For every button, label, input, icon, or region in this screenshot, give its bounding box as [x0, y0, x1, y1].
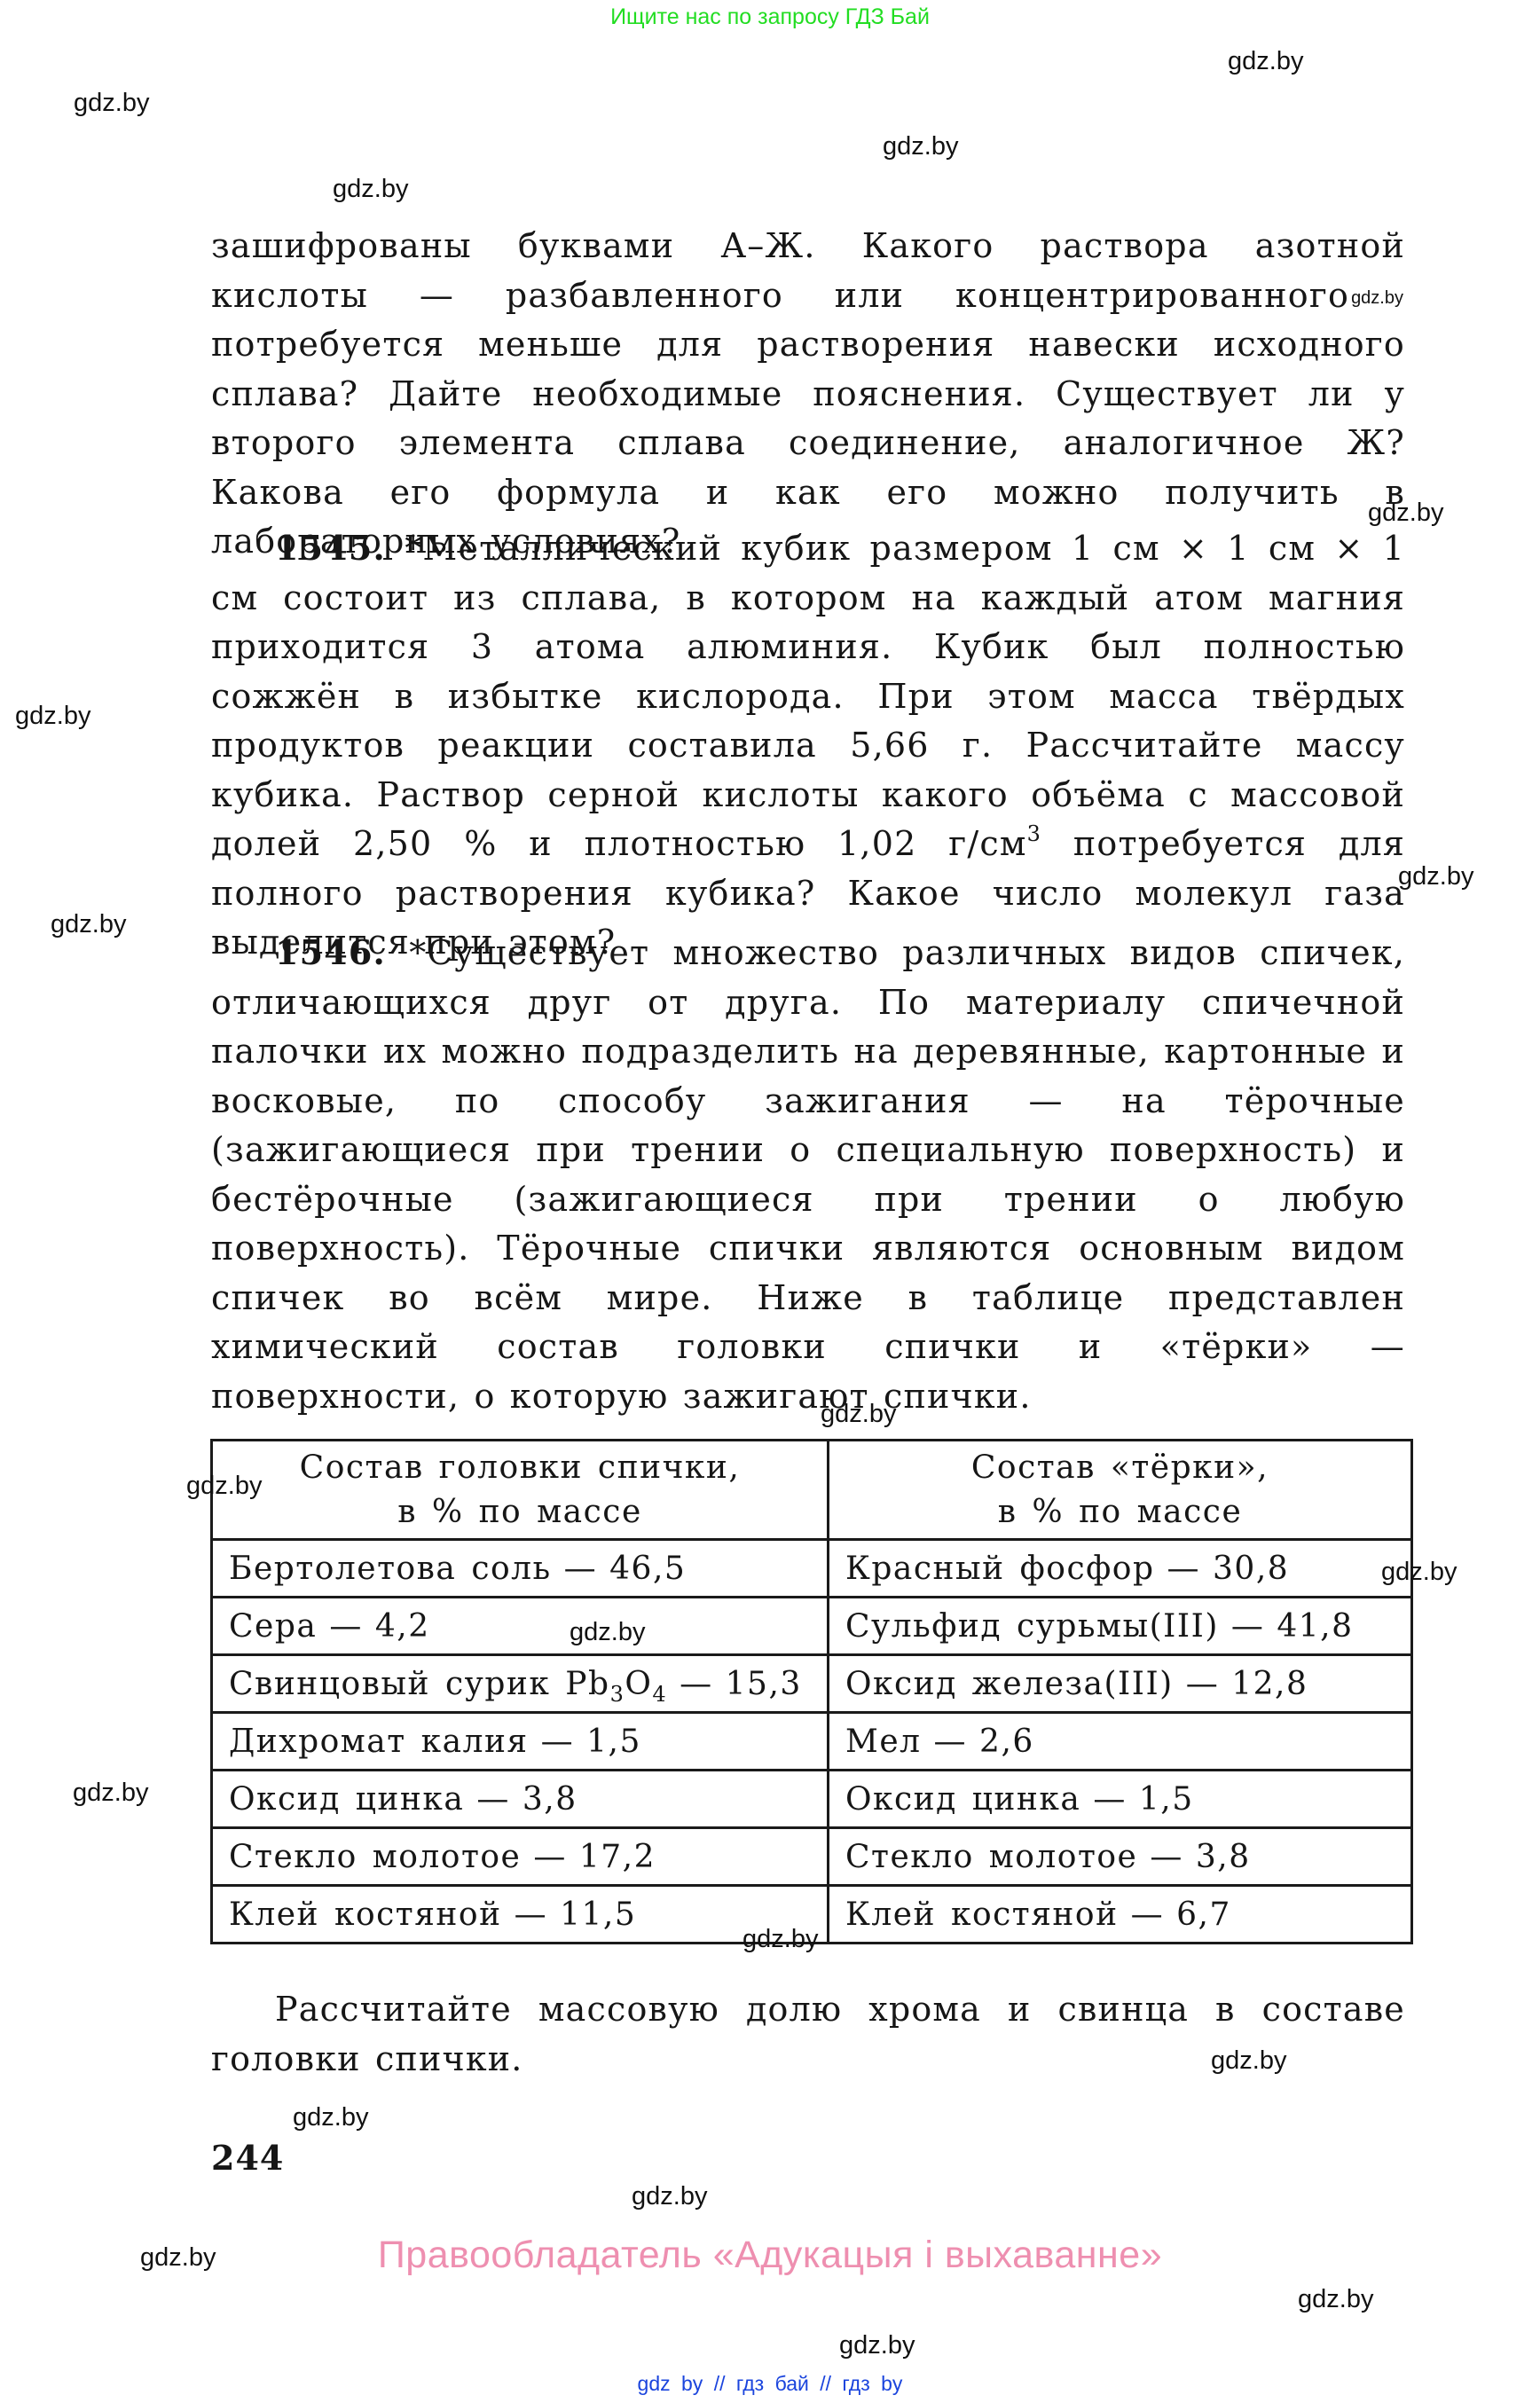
watermark: gdz.by — [632, 2183, 707, 2210]
table-header-row: Состав головки спички,в % по массе Соста… — [212, 1441, 1412, 1540]
composition-table: Состав головки спички,в % по массе Соста… — [210, 1439, 1413, 1944]
watermark: gdz.by — [293, 2104, 368, 2131]
component-name: Дихромат калия — [229, 1724, 529, 1760]
cell-grater: Оксид железа(III)—12,8 — [829, 1655, 1412, 1713]
component-percent: 1,5 — [586, 1724, 641, 1760]
component-name: Оксид цинка — [845, 1781, 1080, 1818]
component-name: Сульфид сурьмы(III) — [845, 1608, 1219, 1645]
cell-match-head: Бертолетова соль—46,5 — [212, 1540, 829, 1598]
dash: — — [1231, 1608, 1265, 1645]
table-row: Стекло молотое—17,2Стекло молотое—3,8 — [212, 1828, 1412, 1886]
component-name: Оксид цинка — [229, 1781, 464, 1818]
dash: — — [515, 1896, 548, 1933]
component-percent: 17,2 — [579, 1839, 656, 1875]
table-row: Бертолетова соль—46,5Красный фосфор—30,8 — [212, 1540, 1412, 1598]
component-percent: 15,3 — [726, 1666, 802, 1702]
header-line: Состав «тёрки», — [971, 1449, 1269, 1486]
component-name: Бертолетова соль — [229, 1551, 552, 1587]
problem-1545: 1545. *Металлический кубик размером 1 см… — [211, 523, 1405, 968]
component-name: Сера — [229, 1608, 317, 1645]
dash: — — [533, 1839, 567, 1875]
dash: — — [564, 1551, 598, 1587]
problem-number: 1546. — [275, 932, 386, 972]
dash: — — [1131, 1896, 1165, 1933]
component-percent: 3,8 — [1196, 1839, 1251, 1875]
component-percent: 11,5 — [560, 1896, 636, 1933]
component-name: Клей костяной — [845, 1896, 1119, 1933]
watermark: gdz.by — [1228, 48, 1303, 75]
subscript: 4 — [652, 1682, 667, 1707]
header-line: в % по массе — [397, 1494, 642, 1530]
page-number: 244 — [211, 2138, 284, 2178]
component-percent: 46,5 — [609, 1551, 686, 1587]
text-column: зашифрованы буквами А–Ж. Какого раствора… — [211, 222, 1405, 567]
watermark: gdz.by — [1381, 1559, 1457, 1585]
cell-match-head: Клей костяной—11,5 — [212, 1886, 829, 1944]
cell-grater: Мел—2,6 — [829, 1713, 1412, 1771]
superscript: 3 — [1027, 821, 1041, 846]
component-percent: 30,8 — [1213, 1551, 1289, 1587]
header-line: в % по массе — [998, 1494, 1243, 1530]
cell-grater: Оксид цинка—1,5 — [829, 1771, 1412, 1828]
component-name: Стекло молотое — [845, 1839, 1137, 1875]
formula-part: O — [625, 1666, 652, 1702]
table-row: Дихромат калия—1,5Мел—2,6 — [212, 1713, 1412, 1771]
component-percent: 6,7 — [1176, 1896, 1231, 1933]
component-name: Оксид железа(III) — [845, 1666, 1174, 1702]
watermark: gdz.by — [839, 2332, 915, 2359]
dash: — — [1093, 1781, 1127, 1818]
watermark: gdz.by — [74, 90, 149, 116]
header-match-head: Состав головки спички,в % по массе — [212, 1441, 829, 1540]
dash: — — [680, 1666, 713, 1702]
component-name: Мел — [845, 1724, 922, 1760]
component-percent: 1,5 — [1139, 1781, 1194, 1818]
component-name: Свинцовый сурик Pb — [229, 1666, 610, 1702]
watermark: gdz.by — [1298, 2286, 1373, 2313]
dash: — — [476, 1781, 510, 1818]
continuation-paragraph: зашифрованы буквами А–Ж. Какого раствора… — [211, 222, 1405, 567]
problem-text: на тёрочные (зажигающиеся при трении о с… — [211, 1081, 1405, 1416]
paragraph-text: зашифрованы буквами А–Ж. Какого раствора… — [211, 226, 1405, 315]
component-percent: 41,8 — [1277, 1608, 1353, 1645]
dash: — — [1167, 1551, 1201, 1587]
cell-grater: Красный фосфор—30,8 — [829, 1540, 1412, 1598]
dash: — — [934, 1724, 968, 1760]
cell-match-head: Свинцовый сурик Pb3O4—15,3 — [212, 1655, 829, 1713]
dash: — — [1186, 1666, 1220, 1702]
watermark: gdz.by — [333, 176, 408, 202]
watermark: gdz.by — [742, 1926, 818, 1952]
task-question: Рассчитайте массовую долю хрома и свинца… — [211, 1985, 1405, 2084]
cell-match-head: Стекло молотое—17,2 — [212, 1828, 829, 1886]
footer-links[interactable]: gdz by // гдз бай // гдз by — [0, 2372, 1540, 2396]
cell-match-head: Оксид цинка—3,8 — [212, 1771, 829, 1828]
cell-grater: Сульфид сурьмы(III)—41,8 — [829, 1598, 1412, 1655]
table-row: Сера—4,2Сульфид сурьмы(III)—41,8 — [212, 1598, 1412, 1655]
copyright-notice: Правообладатель «Адукацыя і выхаванне» — [0, 2234, 1540, 2277]
cell-match-head: Дихромат калия—1,5 — [212, 1713, 829, 1771]
watermark: gdz.by — [883, 133, 958, 160]
component-name: Красный фосфор — [845, 1551, 1155, 1587]
component-percent: 2,6 — [979, 1724, 1034, 1760]
component-percent: 3,8 — [522, 1781, 577, 1818]
header-line: Состав головки спички, — [300, 1449, 741, 1486]
dash: — — [329, 1608, 363, 1645]
watermark: gdz.by — [51, 911, 126, 938]
task-question-text: Рассчитайте массовую долю хрома и свинца… — [211, 1985, 1405, 2084]
problem-number: 1545. — [275, 528, 386, 568]
watermark: gdz.by — [1398, 863, 1473, 890]
component-name: Клей костяной — [229, 1896, 502, 1933]
component-percent: 12,8 — [1231, 1666, 1308, 1702]
watermark: gdz.by — [73, 1779, 148, 1806]
problem-1546: 1546. *Существует множество различных ви… — [211, 928, 1405, 1421]
watermark: gdz.by — [186, 1472, 262, 1499]
cell-match-head: Сера—4,2 — [212, 1598, 829, 1655]
problem-text: *Металлический кубик размером 1 см × 1 с… — [211, 529, 1405, 863]
header-grater: Состав «тёрки»,в % по массе — [829, 1441, 1412, 1540]
dash: — — [1150, 1839, 1183, 1875]
table-row: Оксид цинка—3,8Оксид цинка—1,5 — [212, 1771, 1412, 1828]
watermark: gdz.by — [570, 1619, 645, 1645]
dash: — — [541, 1724, 575, 1760]
search-banner[interactable]: Ищите нас по запросу ГДЗ Бай — [0, 4, 1540, 30]
watermark: gdz.by — [15, 703, 90, 729]
cell-grater: Стекло молотое—3,8 — [829, 1828, 1412, 1886]
table-row: Свинцовый сурик Pb3O4—15,3Оксид железа(I… — [212, 1655, 1412, 1713]
cell-grater: Клей костяной—6,7 — [829, 1886, 1412, 1944]
component-name: Стекло молотое — [229, 1839, 521, 1875]
component-percent: 4,2 — [375, 1608, 430, 1645]
watermark-inline: gdz.by — [1351, 288, 1403, 308]
subscript: 3 — [610, 1682, 625, 1707]
